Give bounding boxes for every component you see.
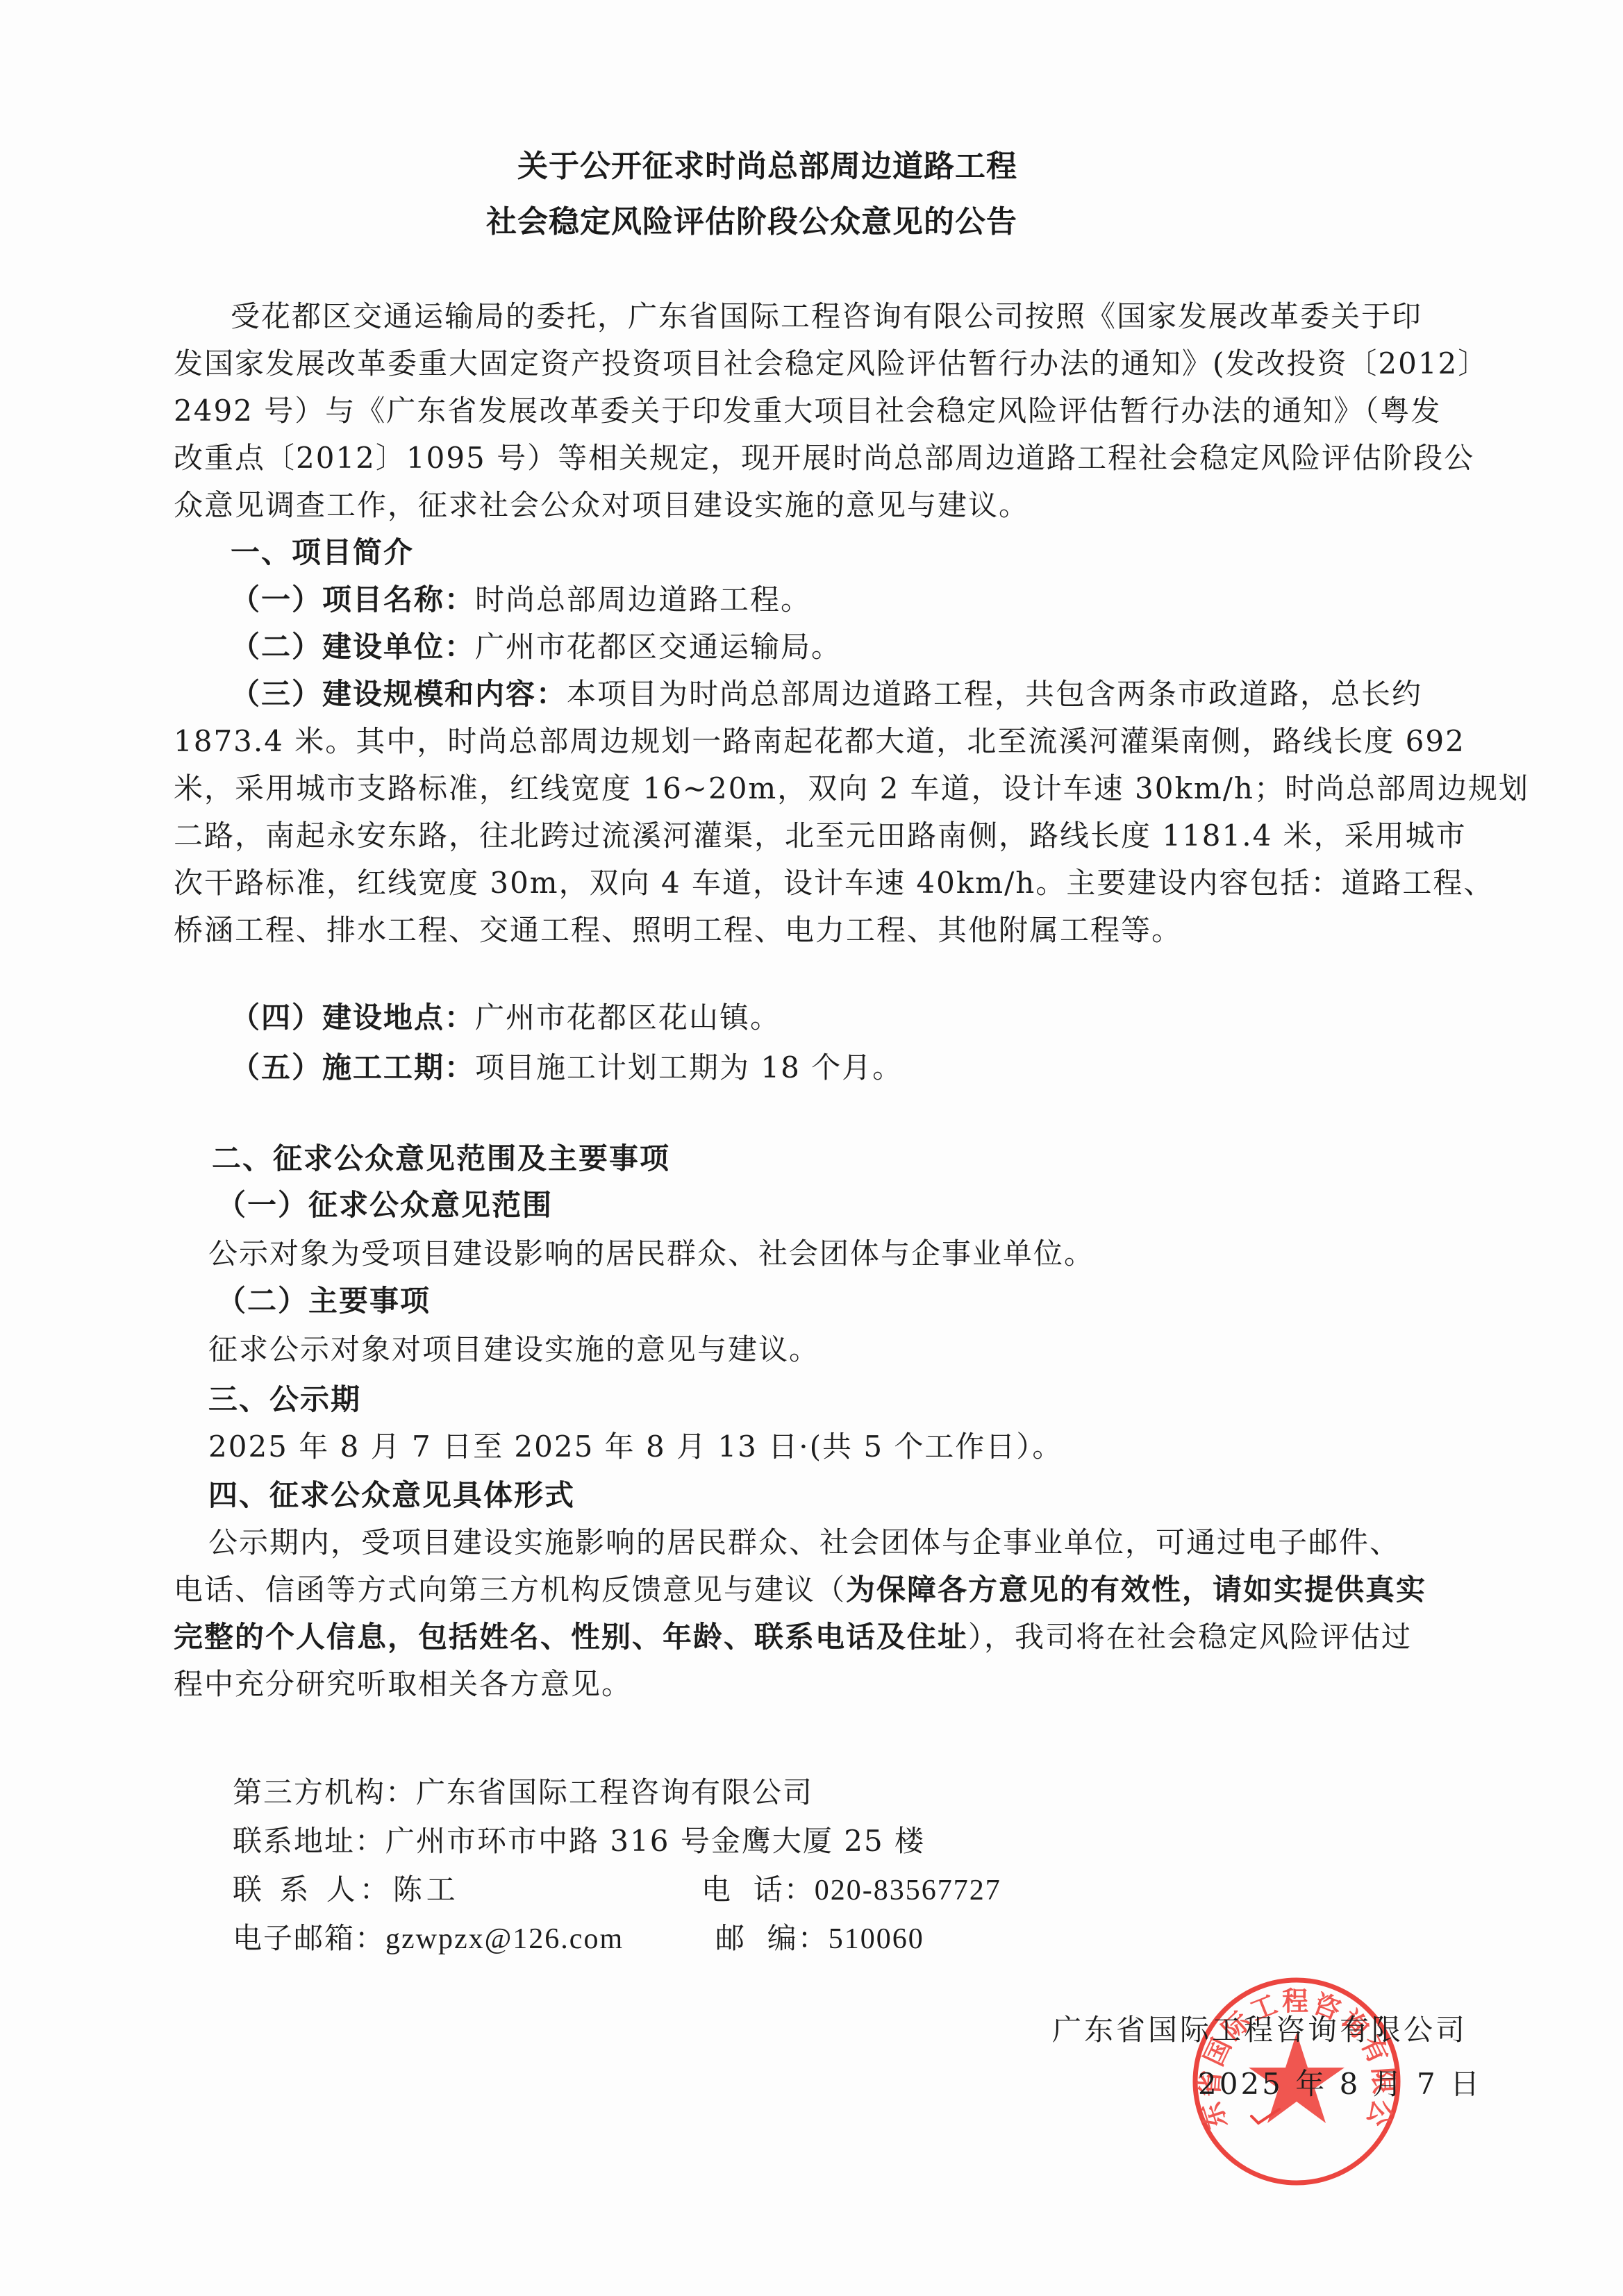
section-2-sub1-text: 公示对象为受项目建设影响的居民群众、社会团体与企事业单位。: [208, 1236, 1095, 1272]
contact-phone: 电 话：020-83567727: [701, 1872, 1001, 1909]
contact-email-value[interactable]: gzwpzx@126.com: [385, 1923, 624, 1955]
project-name-value: 时尚总部周边道路工程。: [475, 583, 811, 617]
section-4-emphasis: 完整的个人信息，包括姓名、性别、年龄、联系电话及住址: [174, 1620, 968, 1654]
section-4-line: 程中充分研究听取相关各方意见。: [174, 1666, 632, 1702]
scale-line: 二路，南起永安东路，往北跨过流溪河灌渠，北至元田路南侧，路线长度 1181.4 …: [174, 818, 1467, 854]
section-4-emphasis: 为保障各方意见的有效性，请如实提供真实: [846, 1573, 1426, 1607]
contact-address-value: 广州市环市中路 316 号金鹰大厦 25 楼: [385, 1824, 925, 1858]
location-label: （四）建设地点：: [231, 1000, 475, 1034]
section-2-sub2-text: 征求公示对象对项目建设实施的意见与建议。: [208, 1332, 819, 1368]
section-4-text: 电话、信函等方式向第三方机构反馈意见与建议（: [174, 1573, 846, 1607]
document-page: 关于公开征求时尚总部周边道路工程 社会稳定风险评估阶段公众意见的公告 受花都区交…: [0, 0, 1623, 2296]
contact-org-value: 广东省国际工程咨询有限公司: [416, 1775, 813, 1809]
title-line-1: 关于公开征求时尚总部周边道路工程: [517, 149, 1017, 185]
contact-person-value: 陈工: [393, 1872, 460, 1907]
title-line-2: 社会稳定风险评估阶段公众意见的公告: [486, 204, 1017, 240]
scale-line: 1873.4 米。其中，时尚总部周边规划一路南起花都大道，北至流溪河灌渠南侧，路…: [174, 723, 1465, 760]
intro-line: 2492 号）与《广东省发展改革委关于印发重大项目社会稳定风险评估暂行办法的通知…: [174, 393, 1451, 429]
intro-line: 受花都区交通运输局的委托，广东省国际工程咨询有限公司按照《国家发展改革委关于印: [231, 299, 1451, 335]
scale-value: 本项目为时尚总部周边道路工程，共包含两条市政道路，总长约: [567, 677, 1422, 711]
location-value: 广州市花都区花山镇。: [475, 1000, 781, 1034]
section-4-line: 完整的个人信息，包括姓名、性别、年龄、联系电话及住址），我司将在社会稳定风险评估…: [174, 1619, 1412, 1655]
duration-row: （五）施工工期：项目施工计划工期为 18 个月。: [231, 1050, 903, 1086]
project-name-label: （一）项目名称：: [231, 583, 475, 617]
section-2-sub1-heading: （一）征求公众意见范围: [217, 1187, 553, 1223]
section-2-sub2-heading: （二）主要事项: [217, 1283, 431, 1319]
scale-line: 桥涵工程、排水工程、交通工程、照明工程、电力工程、其他附属工程等。: [174, 912, 1182, 948]
signature-company: 广东省国际工程咨询有限公司: [1052, 2012, 1467, 2048]
duration-value: 项目施工计划工期为 18 个月。: [475, 1050, 903, 1084]
section-4-heading: 四、征求公众意见具体形式: [208, 1477, 575, 1514]
duration-label: （五）施工工期：: [231, 1050, 475, 1084]
scale-label: （三）建设规模和内容：: [231, 677, 567, 711]
scale-line: 次干路标准，红线宽度 30m，双向 4 车道，设计车速 40km/h。主要建设内…: [174, 865, 1494, 901]
project-name-row: （一）项目名称：时尚总部周边道路工程。: [231, 582, 811, 618]
contact-phone-label: 电 话：: [701, 1872, 815, 1907]
location-row: （四）建设地点：广州市花都区花山镇。: [231, 1000, 781, 1036]
contact-address-label: 联系地址：: [233, 1824, 385, 1858]
section-1-heading: 一、项目简介: [231, 535, 414, 571]
contact-phone-value: 020-83567727: [815, 1875, 1001, 1907]
contact-email-label: 电子邮箱：: [233, 1921, 385, 1955]
intro-line: 众意见调查工作，征求社会公众对项目建设实施的意见与建议。: [174, 487, 1029, 523]
contact-address: 联系地址：广州市环市中路 316 号金鹰大厦 25 楼: [233, 1823, 925, 1859]
contact-postcode: 邮 编：510060: [715, 1920, 924, 1957]
builder-row: （二）建设单位：广州市花都区交通运输局。: [231, 629, 842, 665]
section-2-heading: 二、征求公众意见范围及主要事项: [212, 1141, 670, 1177]
publicity-period: 2025 年 8 月 7 日至 2025 年 8 月 13 日·(共 5 个工作…: [208, 1429, 1063, 1465]
section-4-line: 公示期内，受项目建设实施影响的居民群众、社会团体与企事业单位，可通过电子邮件、: [208, 1525, 1451, 1561]
scale-row: （三）建设规模和内容：本项目为时尚总部周边道路工程，共包含两条市政道路，总长约: [231, 676, 1422, 712]
contact-postcode-value: 510060: [829, 1923, 924, 1955]
contact-person-label: 联 系 人：: [233, 1872, 393, 1907]
section-4-text: ），我司将在社会稳定风险评估过: [968, 1620, 1412, 1654]
contact-person: 联 系 人：陈工: [233, 1872, 460, 1908]
signature-date: 2025 年 8 月 7 日: [1198, 2066, 1482, 2102]
section-4-line: 电话、信函等方式向第三方机构反馈意见与建议（为保障各方意见的有效性，请如实提供真…: [174, 1572, 1426, 1608]
builder-value: 广州市花都区交通运输局。: [475, 630, 842, 664]
contact-email: 电子邮箱：gzwpzx@126.com: [233, 1920, 624, 1957]
intro-line: 改重点〔2012〕1095 号）等相关规定，现开展时尚总部周边道路工程社会稳定风…: [174, 440, 1451, 476]
scale-line: 米，采用城市支路标准，红线宽度 16~20m，双向 2 车道，设计车速 30km…: [174, 771, 1529, 807]
section-3-heading: 三、公示期: [208, 1382, 361, 1418]
contact-postcode-label: 邮 编：: [715, 1921, 829, 1955]
contact-org-label: 第三方机构：: [233, 1775, 416, 1809]
contact-org: 第三方机构：广东省国际工程咨询有限公司: [233, 1775, 813, 1811]
builder-label: （二）建设单位：: [231, 630, 475, 664]
intro-line: 发国家发展改革委重大固定资产投资项目社会稳定风险评估暂行办法的通知》(发改投资〔…: [174, 346, 1451, 382]
